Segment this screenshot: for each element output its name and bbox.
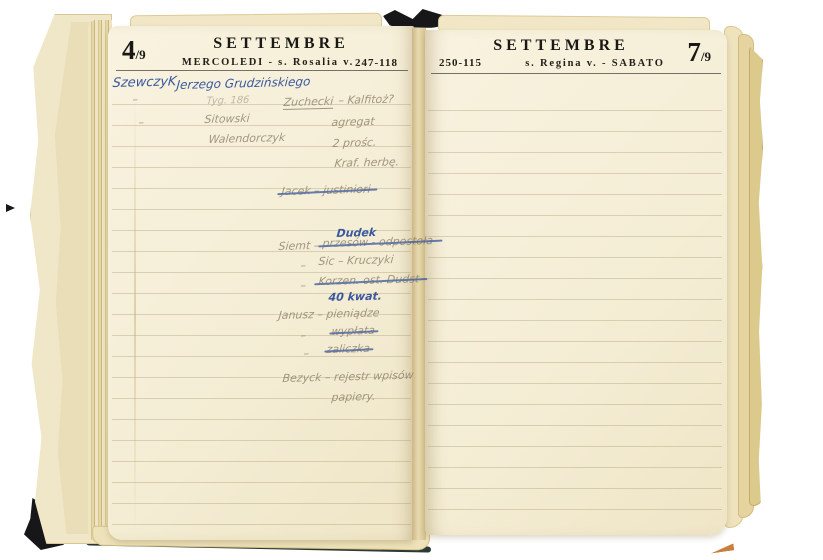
handwritten-note: 2 prośc. (332, 136, 377, 150)
handwritten-note: 40 kwat. (328, 290, 382, 304)
handwritten-note: papiery. (331, 390, 376, 404)
handwritten-note: – (300, 329, 307, 342)
handwritten-note: – (138, 116, 145, 129)
handwritten-note: Siemt – (278, 239, 320, 253)
handwritten-note: SzewczyK (112, 74, 177, 91)
handwritten-note: Zuchecki (283, 95, 334, 110)
handwritten-note: Tyg. 186 (206, 95, 250, 107)
handwritten-note: agregat (331, 115, 375, 129)
handwritten-note: Korzen. ost. Dudst (318, 272, 420, 288)
handwritten-note: – Kalfitoż? (338, 93, 394, 107)
handwritten-note: Jacek – justiniori (281, 183, 371, 198)
handwritten-note: Sitowski (204, 112, 250, 126)
handwritten-note: – (303, 347, 310, 360)
strikethrough-stroke (325, 348, 374, 352)
strikethrough-stroke (330, 330, 379, 334)
handwritten-note: zaliczka (326, 342, 371, 356)
handwritten-note: – (300, 279, 307, 292)
strikethrough-stroke (314, 278, 427, 285)
diary-scan: 4/9 SETTEMBRE MERCOLEDI - s. Rosalia v. … (0, 0, 823, 560)
handwritten-note: Kraf. herbę. (334, 155, 400, 170)
handwriting-layer: SzewczyKJerzego GrudzińskiegoTyg. 186–Si… (0, 0, 823, 560)
handwritten-note: Walendorczyk (208, 131, 286, 146)
strikethrough-stroke (278, 188, 378, 195)
handwritten-note: Sic – Kruczyki (318, 253, 394, 268)
handwritten-note: Jerzego Grudzińskiego (176, 74, 311, 92)
strikethrough-stroke (318, 239, 442, 247)
handwritten-note: Bezyck – rejestr wpisów (282, 369, 414, 385)
handwritten-note: przesów - odpostoła (322, 234, 434, 250)
handwritten-note: – (300, 259, 307, 272)
handwritten-note: Janusz – pieniądze (278, 306, 380, 322)
handwritten-note: wypłata (331, 324, 375, 338)
handwritten-note: – (132, 93, 139, 106)
